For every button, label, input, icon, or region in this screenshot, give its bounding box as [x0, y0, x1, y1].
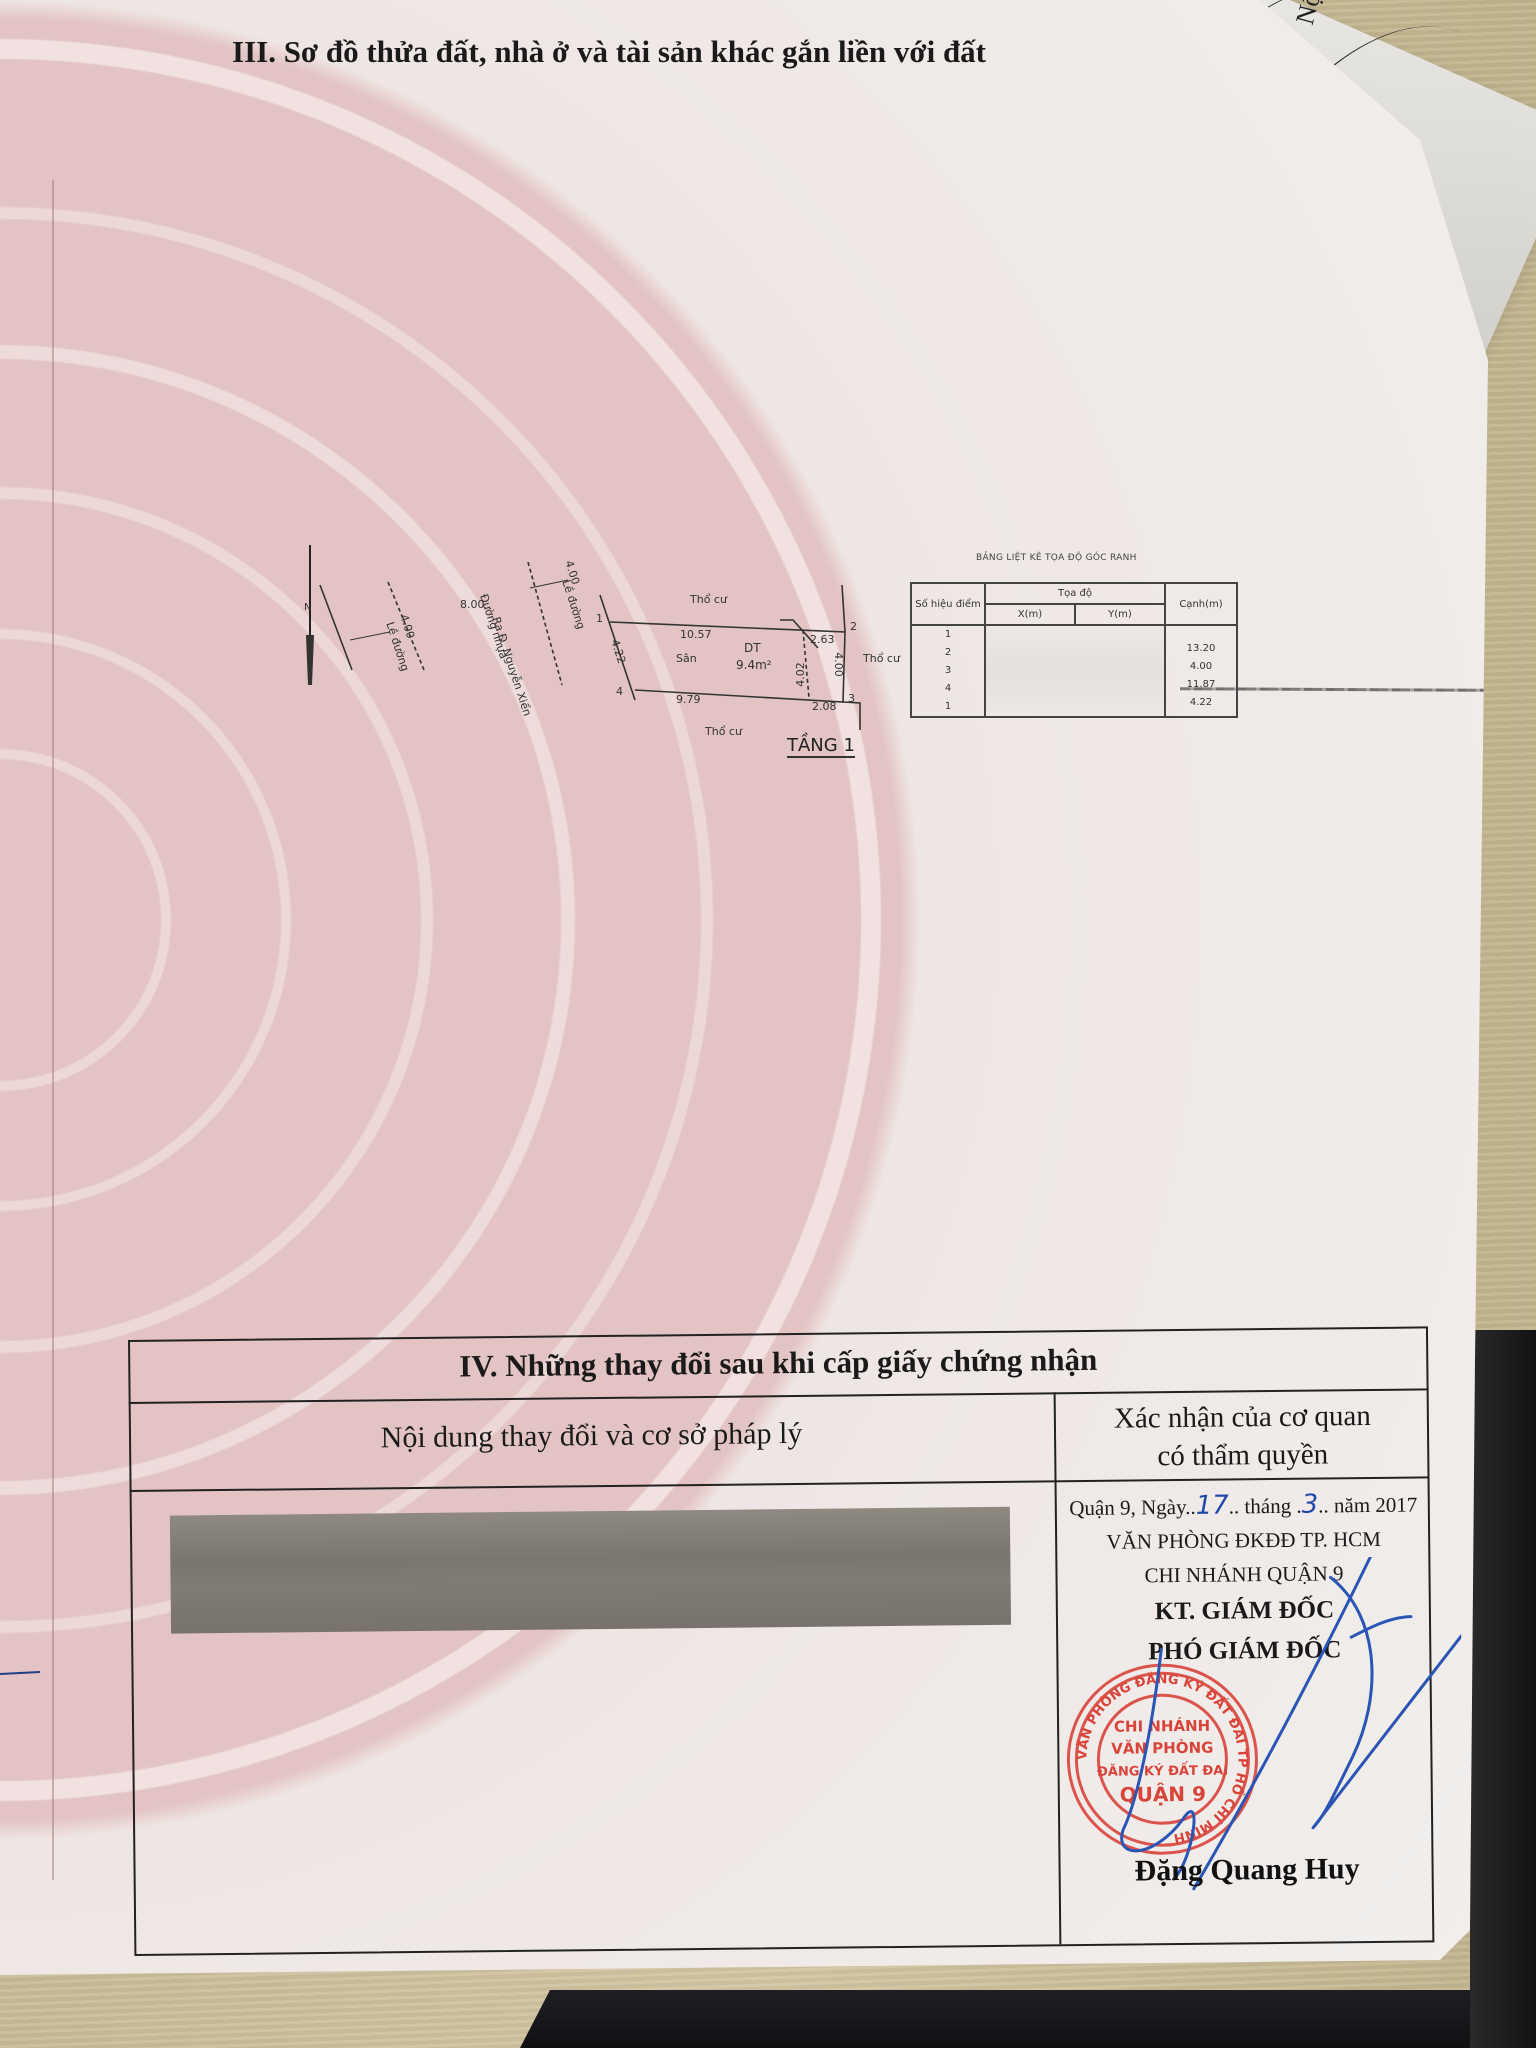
floor-label: TẦNG 1 — [787, 735, 855, 758]
coordinate-table-title: BẢNG LIỆT KÊ TỌA ĐỘ GÓC RANH — [976, 553, 1137, 563]
neighbor-top: Thổ cư — [690, 593, 727, 606]
dark-object — [520, 1990, 1536, 2048]
authority-confirmation-header: Xác nhận của cơ quan có thẩm quyền — [1056, 1396, 1430, 1476]
header-length: Cạnh(m) — [1165, 583, 1237, 625]
certificate-page: III. Sơ đồ thửa đất, nhà ở và tài sản kh… — [0, 0, 1500, 1990]
edge-top: 10.57 — [680, 628, 712, 641]
coordinate-table: Số hiệu điểm Tọa độ Cạnh(m) X(m) Y(m) 1 … — [910, 582, 1238, 718]
point-4: 4 — [616, 685, 623, 698]
edge-inner-divider: 4.02 — [794, 662, 807, 687]
north-arrow-icon: N — [300, 540, 320, 690]
month-prefix: tháng — [1244, 1494, 1291, 1518]
neighbor-right: Thổ cư — [863, 652, 900, 665]
edge-top-right-segment: 2.63 — [810, 633, 835, 646]
header-point: Số hiệu điểm — [911, 583, 985, 625]
approval-date: Quận 9, Ngày..17.. tháng .3.. năm 2017 — [1057, 1486, 1430, 1525]
edge-length: 4.00 — [1166, 658, 1236, 676]
point-id: 2 — [912, 644, 984, 662]
point-1: 1 — [596, 612, 603, 625]
point-3: 3 — [848, 692, 855, 705]
plot-diagram: 4.00 Lề đường 8.00 Đường nhựa Ra Đ. Nguy… — [300, 540, 1300, 800]
point-2: 2 — [850, 620, 857, 633]
edge-lengths-column: 13.20 4.00 11.87 4.22 — [1165, 625, 1237, 717]
edge-right: 4.00 — [832, 652, 845, 677]
header-coordinates: Tọa độ — [985, 583, 1165, 604]
building-area-label: DT — [744, 641, 761, 655]
point-id: 1 — [912, 626, 984, 644]
date-prefix: Quận 9, Ngày — [1069, 1495, 1185, 1520]
date-day: 17 — [1195, 1490, 1228, 1520]
header-y: Y(m) — [1075, 604, 1165, 625]
section-iii-title: III. Sơ đồ thửa đất, nhà ở và tài sản kh… — [232, 34, 986, 70]
redacted-coordinates — [985, 625, 1165, 717]
header-x: X(m) — [985, 604, 1075, 625]
date-month: 3 — [1301, 1490, 1318, 1520]
changes-table: IV. Những thay đổi sau khi cấp giấy chứn… — [128, 1326, 1434, 1958]
edge-length: 13.20 — [1166, 640, 1236, 658]
point-id: 4 — [912, 680, 984, 698]
point-ids-column: 1 2 3 4 1 — [911, 625, 985, 717]
svg-text:N: N — [304, 602, 311, 613]
edge-length: 11.87 — [1166, 676, 1236, 694]
authority-header-line2: có thẩm quyền — [1056, 1434, 1429, 1476]
point-id: 1 — [912, 698, 984, 716]
signer-name: Đặng Quang Huy — [1060, 1851, 1433, 1889]
dark-object-right — [1470, 1330, 1536, 2048]
yard-label: Sân — [676, 652, 697, 665]
building-area-value: 9.4m² — [736, 658, 772, 672]
pen-mark — [0, 1671, 40, 1675]
office-line1: VĂN PHÒNG ĐKĐĐ TP. HCM — [1057, 1521, 1430, 1559]
redacted-change-content — [170, 1507, 1011, 1634]
neighbor-bottom: Thổ cư — [705, 725, 742, 738]
edge-length: 4.22 — [1166, 694, 1236, 712]
authority-header-line1: Xác nhận của cơ quan — [1056, 1396, 1429, 1438]
point-id: 3 — [912, 662, 984, 680]
fold-line — [52, 180, 54, 1880]
year-prefix: năm — [1334, 1493, 1370, 1517]
edge-bottom: 9.79 — [676, 693, 701, 706]
date-year: 2017 — [1375, 1493, 1417, 1517]
edge-bottom-right-segment: 2.08 — [812, 700, 837, 713]
